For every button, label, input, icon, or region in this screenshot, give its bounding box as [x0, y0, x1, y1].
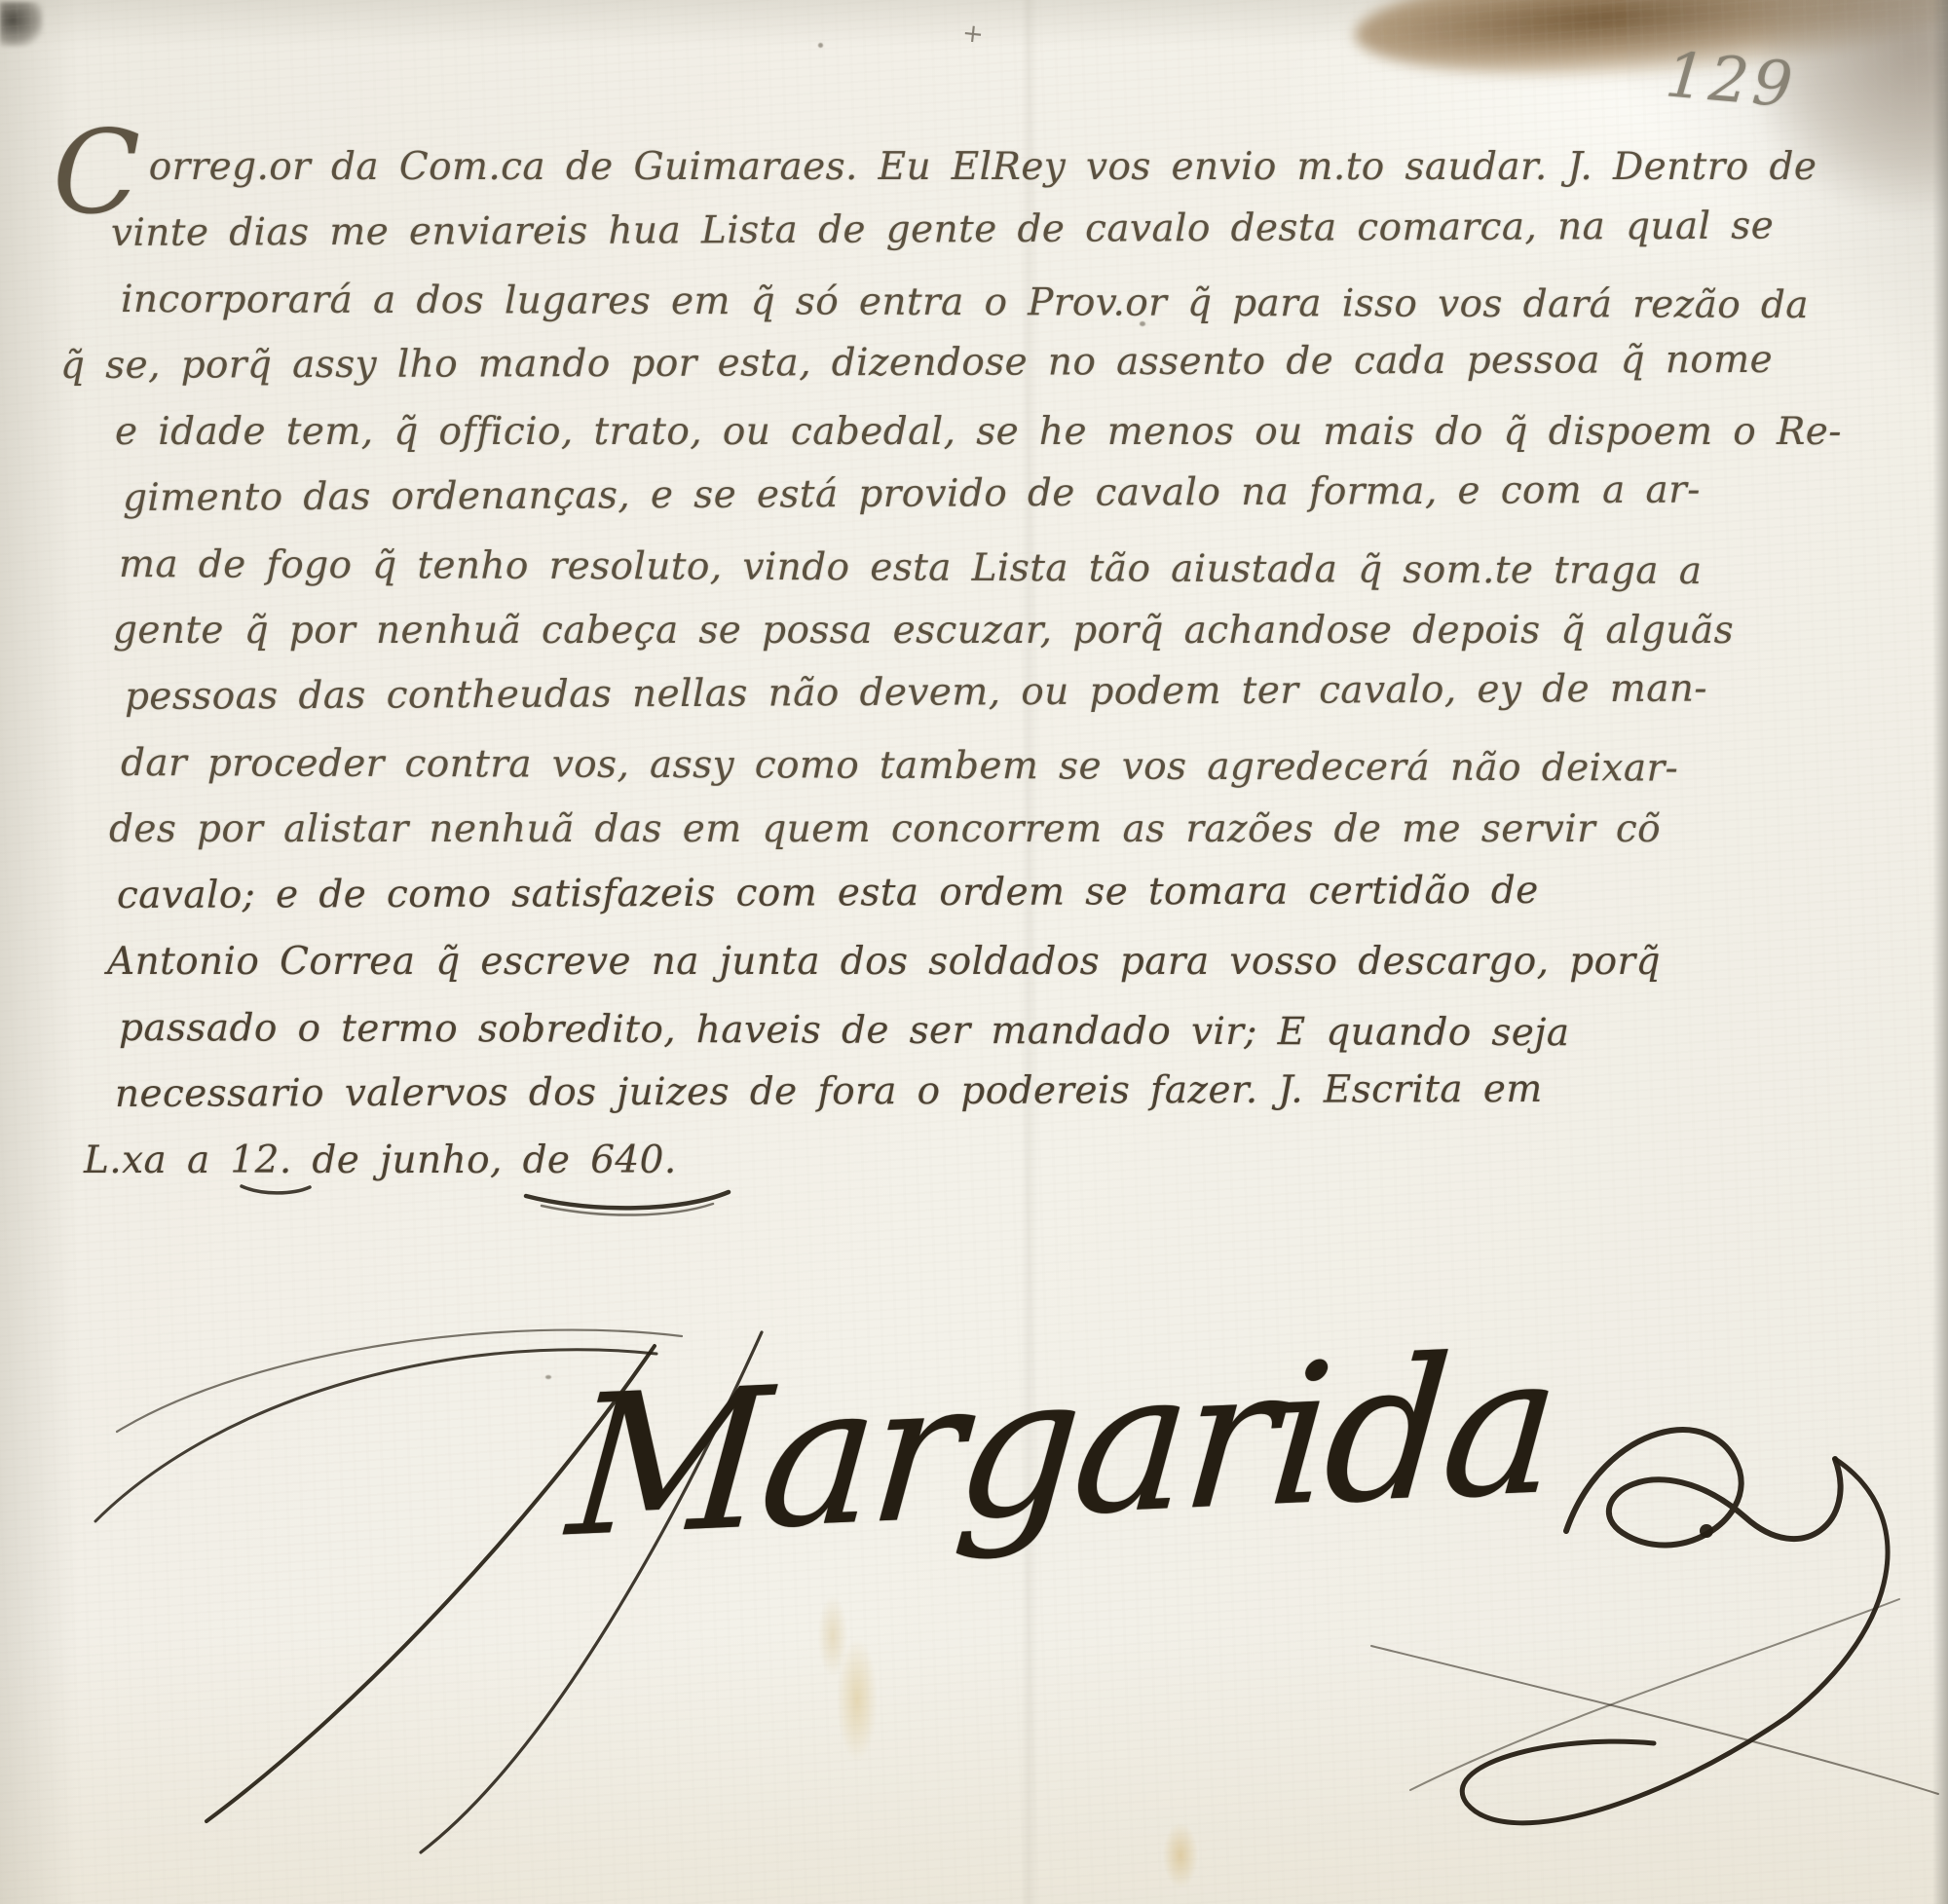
text-line-8: gente q̃ por nenhuã cabeça se possa escu…	[113, 598, 1917, 664]
text-line-1: Correg.or da Com.ca de Guimaraes. Eu ElR…	[53, 134, 1917, 201]
letter-body: Correg.or da Com.ca de Guimaraes. Eu ElR…	[105, 134, 1917, 1194]
text-line-16-dateline: L.xa a 12. de junho, de 640.	[84, 1128, 1917, 1194]
paper-speck	[545, 1375, 551, 1379]
paper-speck	[818, 43, 823, 48]
manuscript-page: + 129 Correg.or da Com.ca de Guimaraes. …	[0, 0, 1948, 1904]
text-line-13: Antonio Correa q̃ escreve na junta dos s…	[107, 929, 1917, 995]
cross-mark: +	[960, 19, 985, 50]
text-line-1-rest: orreg.or da Com.ca de Guimaraes. Eu ElRe…	[149, 145, 1817, 189]
text-line-5: e idade tem, q̃ officio, trato, ou cabed…	[115, 399, 1917, 466]
text-line-11: des por alistar nenhuã das em quem conco…	[109, 797, 1917, 863]
text-line-6: gimento das ordenanças, e se está provid…	[123, 456, 1917, 532]
text-line-9: pessoas das contheudas nellas não devem,…	[125, 654, 1917, 730]
text-line-4: q̃ se, porq̃ assy lho mando por esta, di…	[60, 326, 1917, 399]
ink-blot-top-left	[0, 2, 43, 47]
text-line-15: necessario valervos dos juizes de fora o…	[115, 1056, 1917, 1128]
text-line-2: vinte dias me enviareis hua Lista de gen…	[111, 193, 1917, 267]
text-line-12: cavalo; e de como satisfazeis com esta o…	[117, 857, 1917, 929]
page-edge	[1932, 0, 1948, 1904]
folio-number: 129	[1663, 39, 1799, 122]
text-line-10: dar proceder contra vos, assy como tambe…	[121, 730, 1917, 803]
signature-margarida: Margarida	[563, 1328, 1560, 1565]
text-line-7: ma de fogo q̃ tenho resoluto, vindo esta…	[119, 532, 1917, 606]
